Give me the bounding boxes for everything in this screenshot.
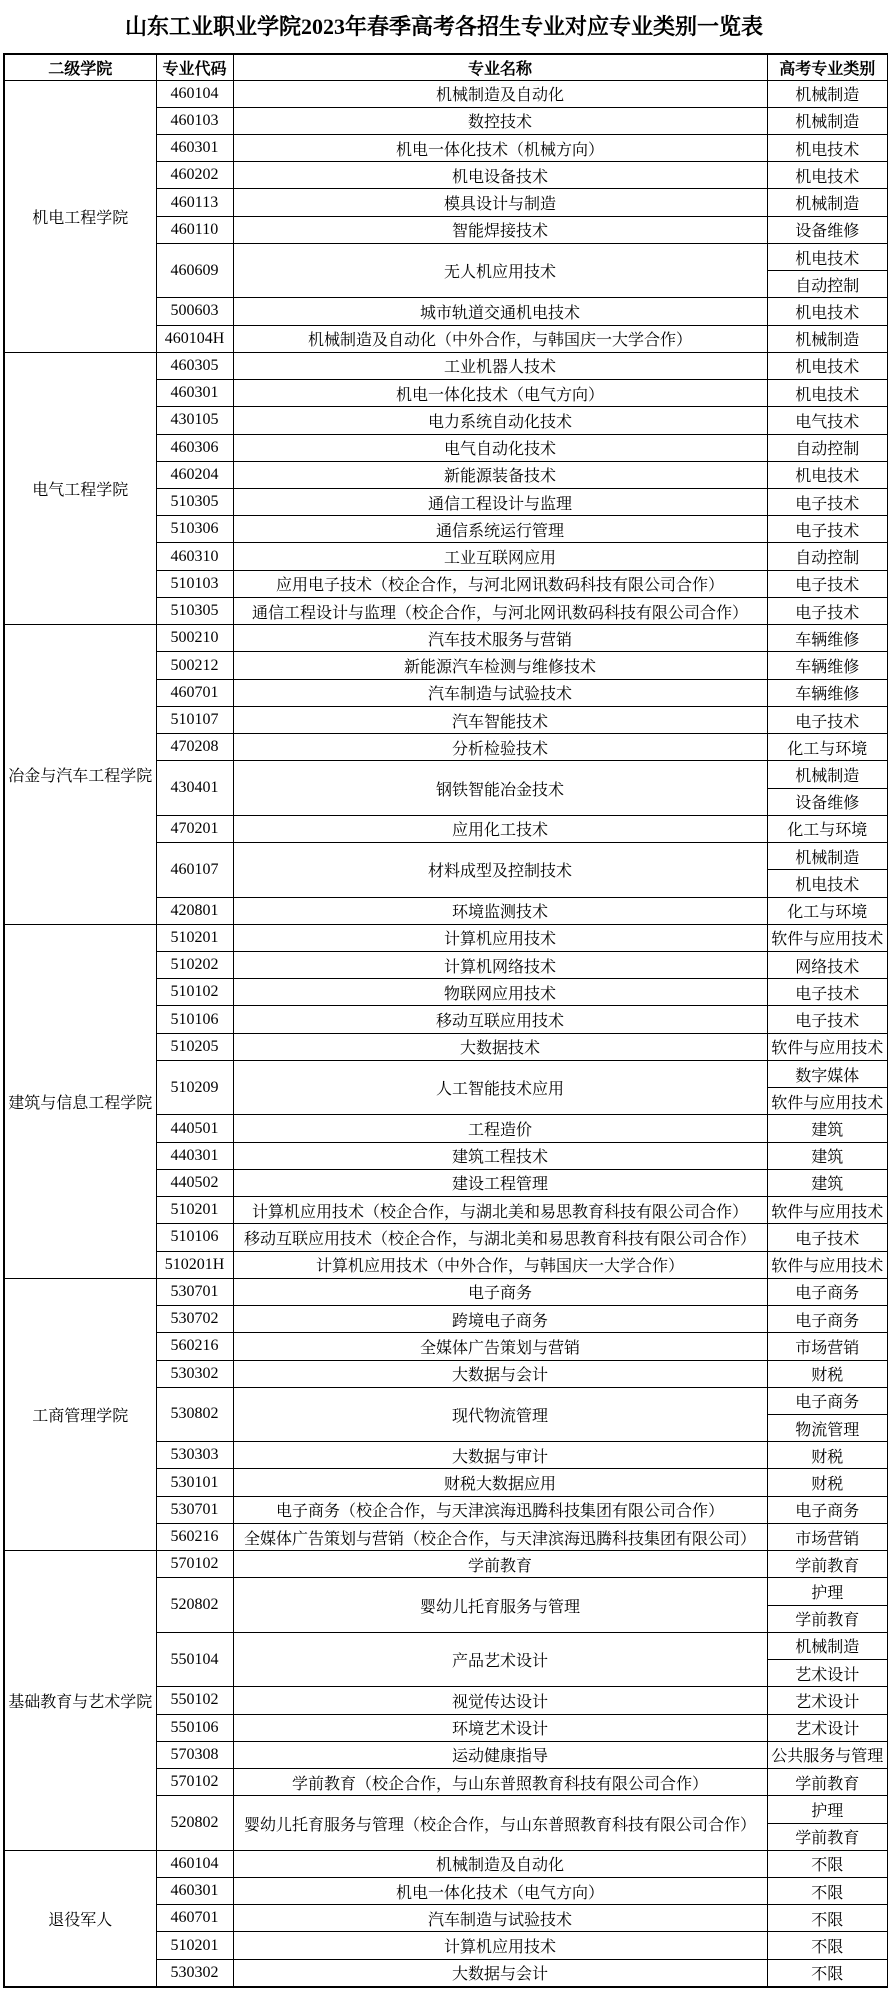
exam-category: 建筑	[767, 1115, 888, 1142]
major-code: 510205	[156, 1033, 233, 1060]
major-name: 人工智能技术应用	[233, 1060, 767, 1114]
major-code: 460104H	[156, 325, 233, 352]
table-row: 建筑与信息工程学院510201计算机应用技术软件与应用技术	[4, 924, 888, 951]
major-name: 建筑工程技术	[233, 1142, 767, 1169]
exam-category: 机电技术	[767, 298, 888, 325]
major-code: 510305	[156, 489, 233, 516]
college-name: 建筑与信息工程学院	[4, 924, 156, 1278]
exam-category: 电子技术	[767, 706, 888, 733]
exam-category: 学前教育	[767, 1823, 888, 1850]
table-row: 基础教育与艺术学院570102学前教育学前教育	[4, 1551, 888, 1578]
major-code: 570102	[156, 1551, 233, 1578]
exam-category: 电子技术	[767, 1224, 888, 1251]
exam-category: 建筑	[767, 1169, 888, 1196]
major-code: 550104	[156, 1632, 233, 1686]
major-name: 学前教育（校企合作，与山东普照教育科技有限公司合作）	[233, 1769, 767, 1796]
table-row: 电气工程学院460305工业机器人技术机电技术	[4, 352, 888, 379]
exam-category: 车辆维修	[767, 652, 888, 679]
major-code: 510305	[156, 597, 233, 624]
major-code: 510201	[156, 924, 233, 951]
major-name: 大数据技术	[233, 1033, 767, 1060]
exam-category: 物流管理	[767, 1414, 888, 1441]
major-code: 530701	[156, 1278, 233, 1305]
exam-category: 设备维修	[767, 216, 888, 243]
major-name: 机电设备技术	[233, 162, 767, 189]
major-name: 分析检验技术	[233, 734, 767, 761]
major-name: 机电一体化技术（机械方向）	[233, 134, 767, 161]
major-name: 全媒体广告策划与营销	[233, 1333, 767, 1360]
major-name: 数控技术	[233, 107, 767, 134]
exam-category: 机电技术	[767, 134, 888, 161]
exam-category: 公共服务与管理	[767, 1741, 888, 1768]
exam-category: 财税	[767, 1360, 888, 1387]
major-name: 跨境电子商务	[233, 1306, 767, 1333]
major-code: 460104	[156, 1850, 233, 1877]
major-name: 视觉传达设计	[233, 1687, 767, 1714]
major-code: 460306	[156, 434, 233, 461]
major-code: 530302	[156, 1360, 233, 1387]
col-header-exam-category: 高考专业类别	[767, 54, 888, 80]
exam-category: 艺术设计	[767, 1714, 888, 1741]
exam-category: 软件与应用技术	[767, 924, 888, 951]
major-code: 460310	[156, 543, 233, 570]
major-name: 移动互联应用技术	[233, 1006, 767, 1033]
exam-category: 机械制造	[767, 843, 888, 870]
major-name: 工业机器人技术	[233, 352, 767, 379]
major-code: 520802	[156, 1578, 233, 1632]
major-code: 560216	[156, 1523, 233, 1550]
exam-category: 机电技术	[767, 870, 888, 897]
col-header-major-name: 专业名称	[233, 54, 767, 80]
major-name: 学前教育	[233, 1551, 767, 1578]
exam-category: 软件与应用技术	[767, 1197, 888, 1224]
major-name: 物联网应用技术	[233, 979, 767, 1006]
major-name: 大数据与会计	[233, 1360, 767, 1387]
exam-category: 市场营销	[767, 1333, 888, 1360]
major-code: 530303	[156, 1442, 233, 1469]
major-name: 钢铁智能冶金技术	[233, 761, 767, 815]
exam-category: 化工与环境	[767, 734, 888, 761]
college-name: 机电工程学院	[4, 80, 156, 352]
major-name: 智能焊接技术	[233, 216, 767, 243]
exam-category: 机电技术	[767, 380, 888, 407]
major-code: 560216	[156, 1333, 233, 1360]
major-code: 460301	[156, 1877, 233, 1904]
major-code: 460305	[156, 352, 233, 379]
major-name: 材料成型及控制技术	[233, 843, 767, 897]
document-page: 山东工业职业学院2023年春季高考各招生专业对应专业类别一览表 二级学院 专业代…	[0, 0, 888, 1992]
table-row: 冶金与汽车工程学院500210汽车技术服务与营销车辆维修	[4, 625, 888, 652]
major-name: 汽车智能技术	[233, 706, 767, 733]
exam-category: 机械制造	[767, 107, 888, 134]
major-code: 420801	[156, 897, 233, 924]
exam-category: 电子商务	[767, 1306, 888, 1333]
exam-category: 机电技术	[767, 243, 888, 270]
major-code: 460104	[156, 80, 233, 107]
major-name: 无人机应用技术	[233, 243, 767, 297]
exam-category: 软件与应用技术	[767, 1251, 888, 1278]
exam-category: 电子技术	[767, 1006, 888, 1033]
exam-category: 车辆维修	[767, 679, 888, 706]
exam-category: 不限	[767, 1932, 888, 1959]
exam-category: 机电技术	[767, 461, 888, 488]
major-name: 环境监测技术	[233, 897, 767, 924]
exam-category: 机械制造	[767, 80, 888, 107]
major-code: 440301	[156, 1142, 233, 1169]
major-code: 520802	[156, 1796, 233, 1850]
exam-category: 软件与应用技术	[767, 1033, 888, 1060]
college-name: 退役军人	[4, 1850, 156, 1987]
major-name: 移动互联应用技术（校企合作，与湖北美和易思教育科技有限公司合作）	[233, 1224, 767, 1251]
exam-category: 艺术设计	[767, 1687, 888, 1714]
major-code: 460204	[156, 461, 233, 488]
major-code: 510201H	[156, 1251, 233, 1278]
exam-category: 软件与应用技术	[767, 1088, 888, 1115]
major-code: 510102	[156, 979, 233, 1006]
major-name: 电气自动化技术	[233, 434, 767, 461]
major-name: 通信系统运行管理	[233, 516, 767, 543]
exam-category: 学前教育	[767, 1769, 888, 1796]
table-row: 退役军人460104机械制造及自动化不限	[4, 1850, 888, 1877]
major-name: 汽车制造与试验技术	[233, 679, 767, 706]
exam-category: 不限	[767, 1877, 888, 1904]
major-code: 510201	[156, 1197, 233, 1224]
major-name: 电子商务	[233, 1278, 767, 1305]
exam-category: 机电技术	[767, 352, 888, 379]
major-name: 运动健康指导	[233, 1741, 767, 1768]
major-name: 通信工程设计与监理（校企合作，与河北网讯数码科技有限公司合作）	[233, 597, 767, 624]
major-name: 全媒体广告策划与营销（校企合作，与天津滨海迅腾科技集团有限公司）	[233, 1523, 767, 1550]
exam-category: 电子技术	[767, 979, 888, 1006]
major-name: 机械制造及自动化	[233, 80, 767, 107]
exam-category: 市场营销	[767, 1523, 888, 1550]
major-code: 510107	[156, 706, 233, 733]
major-name: 应用化工技术	[233, 815, 767, 842]
major-code: 470201	[156, 815, 233, 842]
major-code: 460701	[156, 679, 233, 706]
major-code: 510106	[156, 1224, 233, 1251]
major-code: 430105	[156, 407, 233, 434]
major-code: 460301	[156, 380, 233, 407]
major-name: 机电一体化技术（电气方向）	[233, 380, 767, 407]
major-name: 计算机应用技术（中外合作，与韩国庆一大学合作）	[233, 1251, 767, 1278]
major-code: 460107	[156, 843, 233, 897]
major-name: 现代物流管理	[233, 1387, 767, 1441]
exam-category: 电子技术	[767, 516, 888, 543]
major-code: 530701	[156, 1496, 233, 1523]
exam-category: 自动控制	[767, 543, 888, 570]
major-code: 510209	[156, 1060, 233, 1114]
major-code: 500212	[156, 652, 233, 679]
exam-category: 机械制造	[767, 325, 888, 352]
col-header-major-code: 专业代码	[156, 54, 233, 80]
exam-category: 电气技术	[767, 407, 888, 434]
exam-category: 自动控制	[767, 271, 888, 298]
exam-category: 电子商务	[767, 1387, 888, 1414]
major-name: 机械制造及自动化	[233, 1850, 767, 1877]
major-name: 工业互联网应用	[233, 543, 767, 570]
exam-category: 护理	[767, 1578, 888, 1605]
exam-category: 护理	[767, 1796, 888, 1823]
major-name: 计算机网络技术	[233, 952, 767, 979]
exam-category: 财税	[767, 1442, 888, 1469]
major-name: 模具设计与制造	[233, 189, 767, 216]
exam-category: 自动控制	[767, 434, 888, 461]
exam-category: 不限	[767, 1905, 888, 1932]
page-title: 山东工业职业学院2023年春季高考各招生专业对应专业类别一览表	[0, 12, 888, 53]
major-code: 460301	[156, 134, 233, 161]
major-name: 计算机应用技术	[233, 924, 767, 951]
major-code: 530802	[156, 1387, 233, 1441]
college-name: 冶金与汽车工程学院	[4, 625, 156, 925]
exam-category: 学前教育	[767, 1551, 888, 1578]
major-name: 计算机应用技术	[233, 1932, 767, 1959]
major-code: 460701	[156, 1905, 233, 1932]
major-code: 440501	[156, 1115, 233, 1142]
major-name: 新能源汽车检测与维修技术	[233, 652, 767, 679]
major-code: 510202	[156, 952, 233, 979]
major-code: 570102	[156, 1769, 233, 1796]
major-code: 510103	[156, 570, 233, 597]
major-code: 500210	[156, 625, 233, 652]
major-name: 城市轨道交通机电技术	[233, 298, 767, 325]
table-header-row: 二级学院 专业代码 专业名称 高考专业类别	[4, 54, 888, 80]
major-code: 460609	[156, 243, 233, 297]
major-name: 电力系统自动化技术	[233, 407, 767, 434]
major-name: 大数据与审计	[233, 1442, 767, 1469]
major-code: 470208	[156, 734, 233, 761]
major-name: 婴幼儿托育服务与管理（校企合作，与山东普照教育科技有限公司合作）	[233, 1796, 767, 1850]
major-name: 财税大数据应用	[233, 1469, 767, 1496]
table-row: 工商管理学院530701电子商务电子商务	[4, 1278, 888, 1305]
exam-category: 化工与环境	[767, 815, 888, 842]
major-name: 计算机应用技术（校企合作，与湖北美和易思教育科技有限公司合作）	[233, 1197, 767, 1224]
major-name: 机电一体化技术（电气方向）	[233, 1877, 767, 1904]
exam-category: 电子商务	[767, 1278, 888, 1305]
exam-category: 艺术设计	[767, 1660, 888, 1687]
major-name: 婴幼儿托育服务与管理	[233, 1578, 767, 1632]
major-code: 500603	[156, 298, 233, 325]
exam-category: 电子商务	[767, 1496, 888, 1523]
col-header-college: 二级学院	[4, 54, 156, 80]
major-name: 通信工程设计与监理	[233, 489, 767, 516]
major-code: 550102	[156, 1687, 233, 1714]
major-code: 460202	[156, 162, 233, 189]
major-code: 430401	[156, 761, 233, 815]
college-name: 工商管理学院	[4, 1278, 156, 1550]
major-name: 工程造价	[233, 1115, 767, 1142]
major-code: 530101	[156, 1469, 233, 1496]
exam-category: 财税	[767, 1469, 888, 1496]
exam-category: 设备维修	[767, 788, 888, 815]
major-code: 530302	[156, 1959, 233, 1987]
exam-category: 机电技术	[767, 162, 888, 189]
major-name: 新能源装备技术	[233, 461, 767, 488]
major-code: 440502	[156, 1169, 233, 1196]
major-name: 电子商务（校企合作，与天津滨海迅腾科技集团有限公司合作）	[233, 1496, 767, 1523]
major-code: 530702	[156, 1306, 233, 1333]
majors-table: 二级学院 专业代码 专业名称 高考专业类别 机电工程学院460104机械制造及自…	[3, 53, 888, 1988]
exam-category: 不限	[767, 1959, 888, 1987]
major-code: 510306	[156, 516, 233, 543]
major-name: 机械制造及自动化（中外合作，与韩国庆一大学合作）	[233, 325, 767, 352]
exam-category: 化工与环境	[767, 897, 888, 924]
exam-category: 电子技术	[767, 570, 888, 597]
major-code: 460110	[156, 216, 233, 243]
exam-category: 学前教育	[767, 1605, 888, 1632]
major-name: 大数据与会计	[233, 1959, 767, 1987]
major-name: 建设工程管理	[233, 1169, 767, 1196]
major-name: 应用电子技术（校企合作，与河北网讯数码科技有限公司合作）	[233, 570, 767, 597]
major-name: 汽车制造与试验技术	[233, 1905, 767, 1932]
major-code: 550106	[156, 1714, 233, 1741]
major-code: 460103	[156, 107, 233, 134]
exam-category: 车辆维修	[767, 625, 888, 652]
exam-category: 机械制造	[767, 761, 888, 788]
major-name: 汽车技术服务与营销	[233, 625, 767, 652]
exam-category: 机械制造	[767, 1632, 888, 1659]
exam-category: 数字媒体	[767, 1060, 888, 1087]
major-name: 环境艺术设计	[233, 1714, 767, 1741]
table-body: 机电工程学院460104机械制造及自动化机械制造460103数控技术机械制造46…	[4, 80, 888, 1987]
table-row: 机电工程学院460104机械制造及自动化机械制造	[4, 80, 888, 107]
college-name: 电气工程学院	[4, 352, 156, 624]
major-code: 510201	[156, 1932, 233, 1959]
exam-category: 电子技术	[767, 489, 888, 516]
exam-category: 建筑	[767, 1142, 888, 1169]
college-name: 基础教育与艺术学院	[4, 1551, 156, 1851]
major-name: 产品艺术设计	[233, 1632, 767, 1686]
major-code: 570308	[156, 1741, 233, 1768]
exam-category: 机械制造	[767, 189, 888, 216]
major-code: 460113	[156, 189, 233, 216]
exam-category: 不限	[767, 1850, 888, 1877]
exam-category: 电子技术	[767, 597, 888, 624]
major-code: 510106	[156, 1006, 233, 1033]
exam-category: 网络技术	[767, 952, 888, 979]
